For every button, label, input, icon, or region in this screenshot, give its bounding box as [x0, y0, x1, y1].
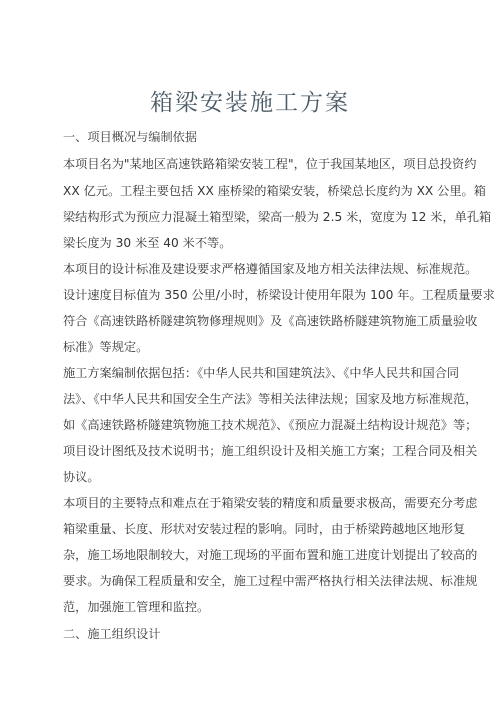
paragraph-line: 梁长度为 30 米至 40 米不等。: [63, 235, 443, 251]
paragraph-line: 本项目的主要特点和难点在于箱梁安装的精度和质量要求极高，需要充分考虑: [63, 495, 443, 511]
paragraph-line: XX 亿元。工程主要包括 XX 座桥梁的箱梁安装，桥梁总长度约为 XX 公里。箱: [63, 183, 443, 199]
paragraph-line: 梁结构形式为预应力混凝土箱型梁，梁高一般为 2.5 米，宽度为 12 米，单孔箱: [63, 209, 443, 225]
section-heading: 一、项目概况与编制依据: [63, 129, 443, 145]
paragraph-line: 杂，施工场地限制较大，对施工现场的平面布置和施工进度计划提出了较高的: [63, 547, 443, 563]
paragraph-line: 标准》等规定。: [63, 339, 443, 355]
paragraph-line: 项目设计图纸及技术说明书；施工组织设计及相关施工方案；工程合同及相关: [63, 443, 443, 459]
paragraph-line: 本项目名为"某地区高速铁路箱梁安装工程"，位于我国某地区，项目总投资约: [63, 156, 443, 172]
paragraph-line: 要求。为确保工程质量和安全，施工过程中需严格执行相关法律法规、标准规: [63, 573, 443, 589]
document-page: 箱梁安装施工方案 一、项目概况与编制依据 本项目名为"某地区高速铁路箱梁安装工程…: [0, 0, 500, 707]
paragraph-line: 箱梁重量、长度、形状对安装过程的影响。同时，由于桥梁跨越地区地形复: [63, 521, 443, 537]
paragraph-line: 协议。: [63, 469, 443, 485]
document-title: 箱梁安装施工方案: [0, 84, 500, 117]
paragraph-line: 如《高速铁路桥隧建筑物施工技术规范》、《预应力混凝土结构设计规范》等；: [63, 417, 443, 433]
paragraph-line: 本项目的设计标准及建设要求严格遵循国家及地方相关法律法规、标准规范。: [63, 261, 443, 277]
paragraph-line: 施工方案编制依据包括：《中华人民共和国建筑法》、《中华人民共和国合同: [63, 365, 443, 381]
paragraph-line: 符合《高速铁路桥隧建筑物修理规则》及《高速铁路桥隧建筑物施工质量验收: [63, 313, 443, 329]
paragraph-line: 范，加强施工管理和监控。: [63, 599, 443, 615]
section-heading: 二、施工组织设计: [63, 626, 443, 642]
paragraph-line: 设计速度目标值为 350 公里/小时，桥梁设计使用年限为 100 年。工程质量要…: [63, 287, 443, 303]
paragraph-line: 法》、《中华人民共和国安全生产法》等相关法律法规；国家及地方标准规范，: [63, 391, 443, 407]
